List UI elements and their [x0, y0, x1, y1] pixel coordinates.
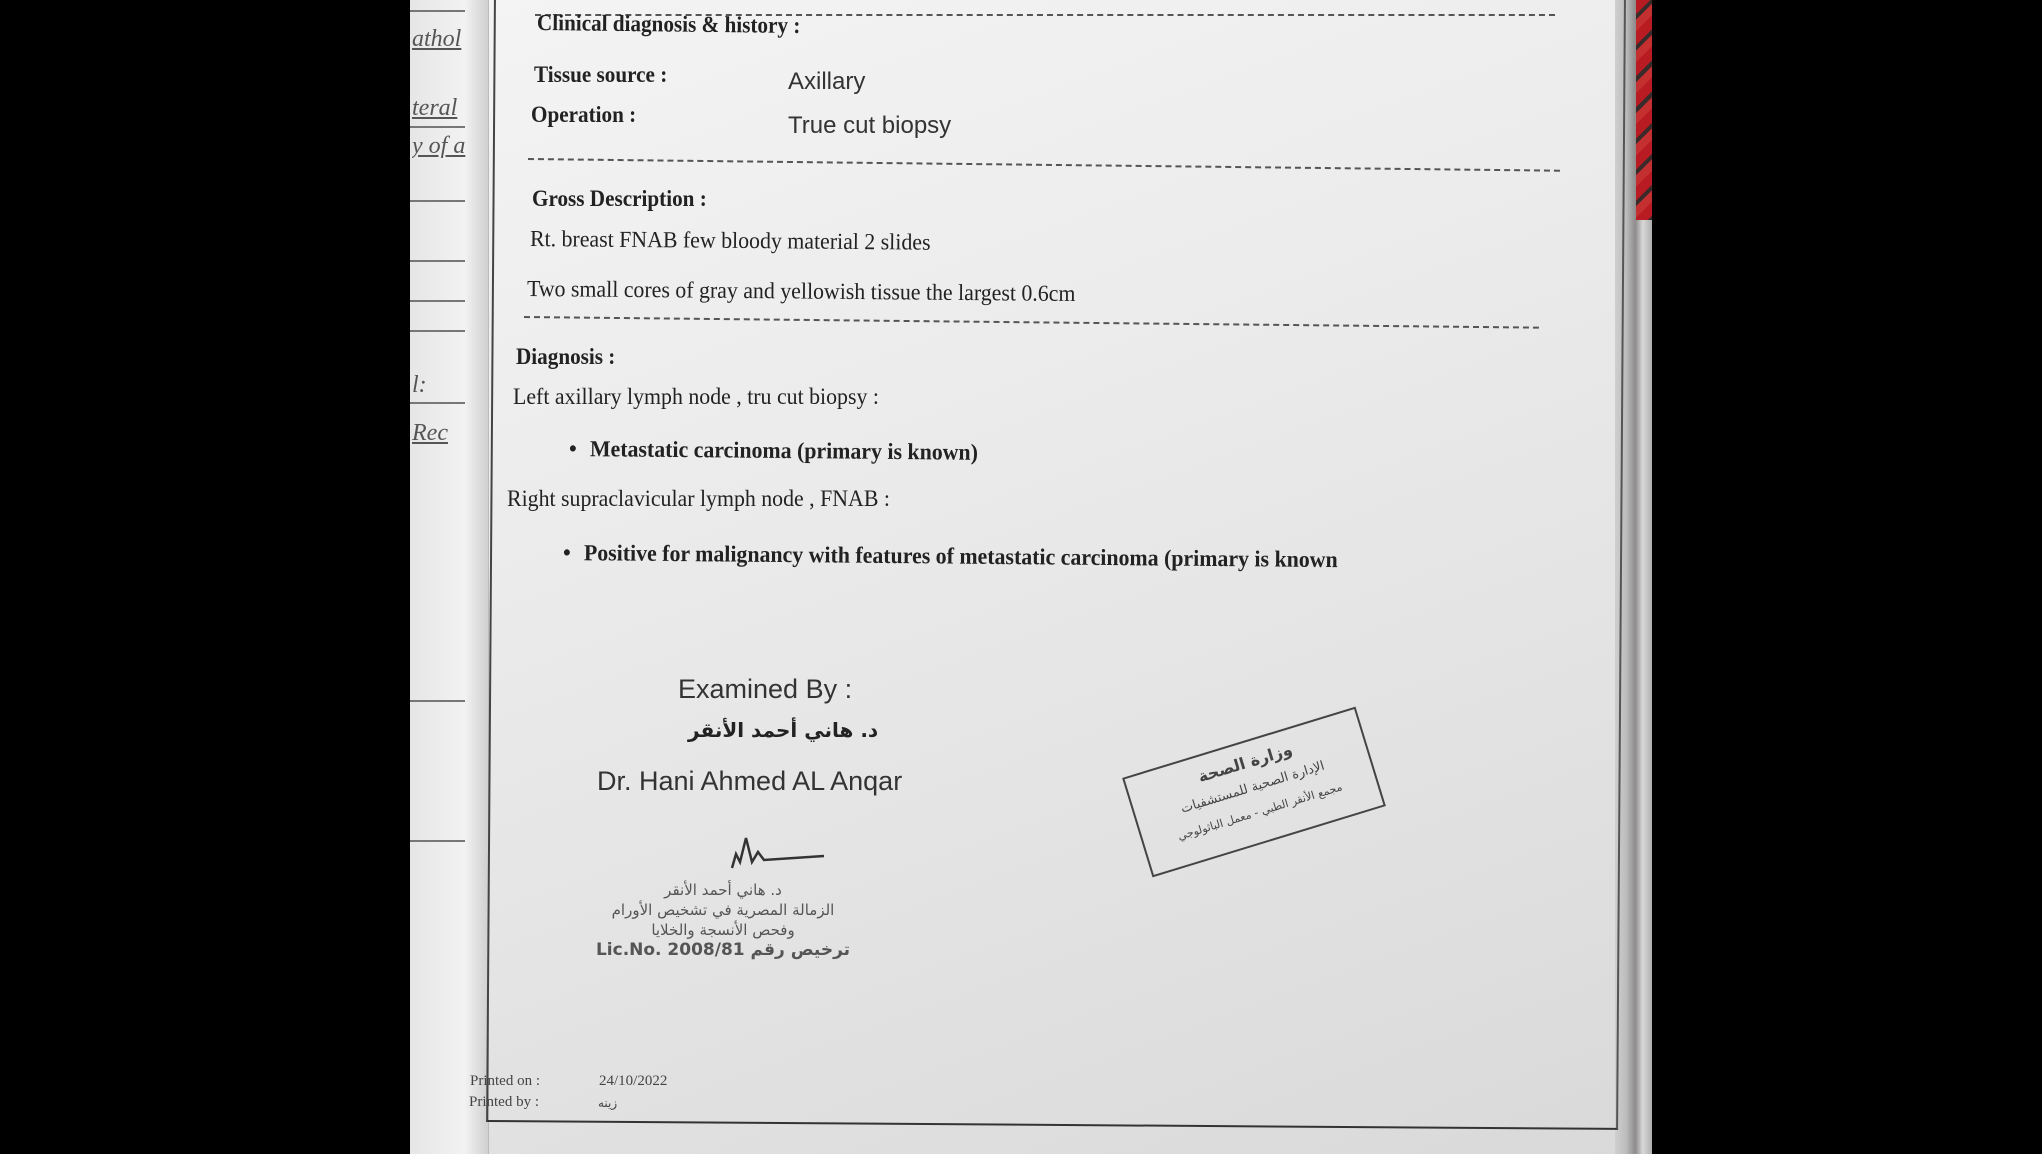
gross-line: Rt. breast FNAB few bloody material 2 sl… — [530, 226, 931, 256]
underlying-text-fragment: teral — [412, 95, 472, 122]
printed-by-label: Printed by : — [469, 1094, 539, 1111]
printed-by-value: زينه — [598, 1096, 617, 1110]
stamp-line: وفحص الأنسجة والخلايا — [578, 920, 868, 940]
underline-rule — [410, 126, 465, 128]
tissue-source-value: Axillary — [788, 68, 865, 96]
underline-rule — [410, 402, 465, 404]
underline-rule — [410, 840, 465, 842]
doctor-stamp: د. هاني أحمد الأنقر الزمالة المصرية في ت… — [578, 880, 868, 960]
license-number: Lic.No. 2008/81 ترخيص رقم — [578, 940, 868, 960]
underlying-page-edge: athol teral y of a l: Rec — [410, 0, 489, 1154]
diagnosis-heading: Diagnosis : — [516, 344, 615, 370]
underline-rule — [410, 200, 465, 202]
examined-by-label: Examined By : — [678, 674, 852, 705]
underline-rule — [410, 260, 465, 262]
operation-value: True cut biopsy — [788, 112, 951, 140]
gross-heading: Gross Description : — [532, 186, 707, 212]
diagnosis-finding: Metastatic carcinoma (primary is known) — [569, 436, 978, 466]
background-fabric — [1636, 0, 1652, 220]
underline-rule — [410, 330, 465, 332]
clinical-heading: Clinical diagnosis & history : — [537, 10, 801, 39]
underlying-text-fragment: y of a — [412, 133, 472, 160]
underlying-text-fragment: Rec — [412, 420, 472, 447]
stamp-line: الزمالة المصرية في تشخيص الأورام — [578, 900, 868, 920]
examiner-name-english: Dr. Hani Ahmed AL Anqar — [597, 766, 902, 797]
underline-rule — [410, 10, 465, 12]
underlying-text-fragment: athol — [412, 26, 472, 53]
examiner-name-arabic: د. هاني أحمد الأنقر — [688, 718, 878, 742]
stamp-line: د. هاني أحمد الأنقر — [578, 880, 868, 900]
diagnosis-site: Left axillary lymph node , tru cut biops… — [513, 384, 879, 410]
operation-label: Operation : — [531, 102, 636, 128]
underlying-text-fragment: l: — [412, 372, 472, 399]
diagnosis-site: Right supraclavicular lymph node , FNAB … — [507, 486, 890, 512]
printed-on-value: 24/10/2022 — [599, 1073, 667, 1090]
gross-line: Two small cores of gray and yellowish ti… — [527, 276, 1076, 307]
tissue-source-label: Tissue source : — [534, 62, 667, 88]
underline-rule — [410, 700, 465, 702]
signature-scribble — [728, 832, 828, 872]
underline-rule — [410, 300, 465, 302]
printed-on-label: Printed on : — [470, 1073, 540, 1090]
